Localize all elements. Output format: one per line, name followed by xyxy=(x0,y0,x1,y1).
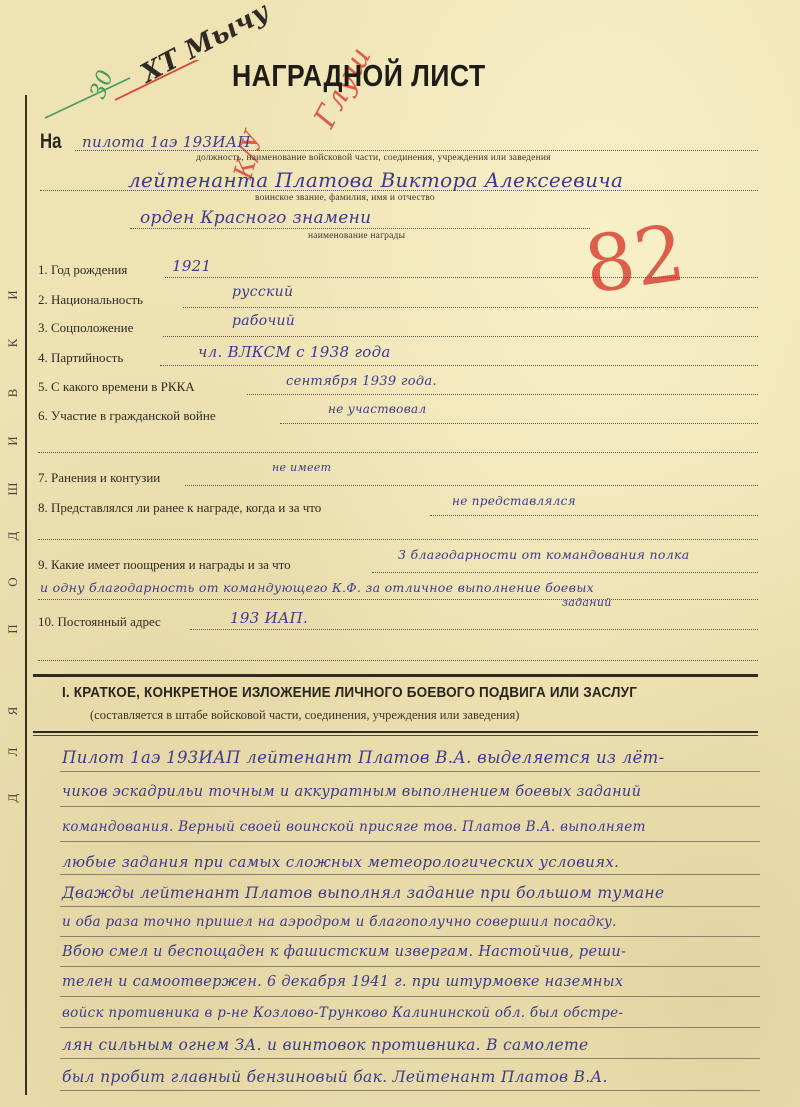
award-line xyxy=(130,228,590,229)
binding-margin-rule xyxy=(25,95,27,1095)
narrative-line: Дважды лейтенант Платов выполнял задание… xyxy=(62,884,664,902)
narrative-line: телен и самоотвержен. 6 декабря 1941 г. … xyxy=(62,974,623,990)
field-value-commendations-line2: и одну благодарность от командующего К.Ф… xyxy=(40,580,594,595)
field-label-civil-war: 6. Участие в гражданской войне xyxy=(38,408,216,424)
narrative-rule xyxy=(60,966,760,967)
field-label-nationality: 2. Национальность xyxy=(38,292,143,308)
field-label-party: 4. Партийность xyxy=(38,350,123,366)
field-line-extra xyxy=(38,660,758,661)
na-label: На xyxy=(40,130,61,154)
narrative-rule xyxy=(60,906,760,907)
field-line xyxy=(430,515,758,516)
award-caption: наименование награды xyxy=(308,231,405,241)
margin-letter: Я xyxy=(5,704,21,718)
narrative-rule xyxy=(60,841,760,842)
field-line xyxy=(183,307,758,308)
margin-letter: О xyxy=(5,575,21,589)
field-line xyxy=(190,629,758,630)
margin-letter: Д xyxy=(5,529,21,543)
field-value-social-status: рабочий xyxy=(232,313,295,329)
field-label-rkka-since: 5. С какого времени в РККА xyxy=(38,379,195,395)
field-value-party: чл. ВЛКСМ с 1938 года xyxy=(198,343,391,361)
field-line xyxy=(165,277,758,278)
name-value: лейтенанта Платова Виктора Алексеевича xyxy=(128,168,623,192)
field-line xyxy=(185,485,758,486)
field-line xyxy=(372,572,758,573)
section-bottom-rule xyxy=(33,731,758,733)
margin-letter: Л xyxy=(5,745,21,759)
field-line-extra xyxy=(38,599,758,600)
field-value-address: 193 ИАП. xyxy=(230,609,308,627)
field-value-prior-awards: не представлялся xyxy=(452,494,576,508)
field-line xyxy=(247,394,758,395)
narrative-line: любые задания при самых сложных метеорол… xyxy=(62,853,619,871)
narrative-rule xyxy=(60,1027,760,1028)
field-value-birth-year: 1921 xyxy=(172,257,211,275)
field-label-social-status: 3. Соцположение xyxy=(38,320,133,336)
award-value: орден Красного знамени xyxy=(140,208,371,228)
field-label-prior-awards: 8. Представлялся ли ранее к награде, ког… xyxy=(38,500,321,516)
field-value-commendations: 3 благодарности от командования полка xyxy=(398,547,689,562)
margin-letter: И xyxy=(5,288,21,302)
margin-letter: П xyxy=(5,622,21,636)
field-value-commendations-line3: заданий xyxy=(562,596,612,609)
section-top-rule xyxy=(33,674,758,677)
field-line xyxy=(163,336,758,337)
section-bottom-rule-thin xyxy=(33,735,758,736)
field-line xyxy=(280,423,758,424)
margin-letter: Д xyxy=(5,791,21,805)
name-caption: воинское звание, фамилия, имя и отчество xyxy=(255,193,435,203)
position-caption: должность, наименование войсковой части,… xyxy=(196,153,551,163)
margin-letter: Ш xyxy=(5,482,21,496)
field-label-address: 10. Постоянный адрес xyxy=(38,614,161,630)
margin-letter: И xyxy=(5,434,21,448)
narrative-rule xyxy=(60,806,760,807)
field-label-birth-year: 1. Год рождения xyxy=(38,262,127,278)
narrative-line: Вбою смел и беспощаден к фашистским изве… xyxy=(62,944,626,960)
field-line-extra xyxy=(38,539,758,540)
narrative-line: лян сильным огнем ЗА. и винтовок противн… xyxy=(62,1036,588,1054)
position-value: пилота 1аэ 193ИАП xyxy=(82,133,251,151)
narrative-rule xyxy=(60,936,760,937)
narrative-rule xyxy=(60,1058,760,1059)
narrative-rule xyxy=(60,771,760,772)
narrative-line: и оба раза точно пришел на аэродром и бл… xyxy=(62,914,617,930)
narrative-line: чиков эскадрильи точным и аккуратным вып… xyxy=(62,784,641,800)
field-label-commendations: 9. Какие имеет поощрения и награды и за … xyxy=(38,557,291,573)
margin-letter: К xyxy=(5,336,21,350)
section-subtitle: (составляется в штабе войсковой части, с… xyxy=(90,708,519,723)
narrative-rule xyxy=(60,874,760,875)
margin-letter: В xyxy=(5,386,21,400)
narrative-line: Пилот 1аэ 193ИАП лейтенант Платов В.А. в… xyxy=(62,748,664,767)
name-line xyxy=(40,190,758,191)
narrative-line: был пробит главный бензиновый бак. Лейте… xyxy=(62,1068,608,1086)
field-line xyxy=(160,365,758,366)
narrative-rule xyxy=(60,1090,760,1091)
field-label-wounds: 7. Ранения и контузии xyxy=(38,470,160,486)
field-value-rkka-since: сентября 1939 года. xyxy=(286,374,437,389)
section-title: I. КРАТКОЕ, КОНКРЕТНОЕ ИЗЛОЖЕНИЕ ЛИЧНОГО… xyxy=(62,685,637,701)
field-value-civil-war: не участвовал xyxy=(328,402,426,416)
position-line xyxy=(75,150,758,151)
document-title: НАГРАДНОЙ ЛИСТ xyxy=(232,58,486,94)
narrative-line: командования. Верный своей воинской прис… xyxy=(62,819,646,835)
field-line-extra xyxy=(38,452,758,453)
red-large-number: 82 xyxy=(579,208,690,311)
field-value-wounds: не имеет xyxy=(272,461,331,474)
narrative-rule xyxy=(60,996,760,997)
narrative-line: войск противника в р-не Козлово-Трунково… xyxy=(62,1005,623,1021)
field-value-nationality: русский xyxy=(232,284,293,300)
